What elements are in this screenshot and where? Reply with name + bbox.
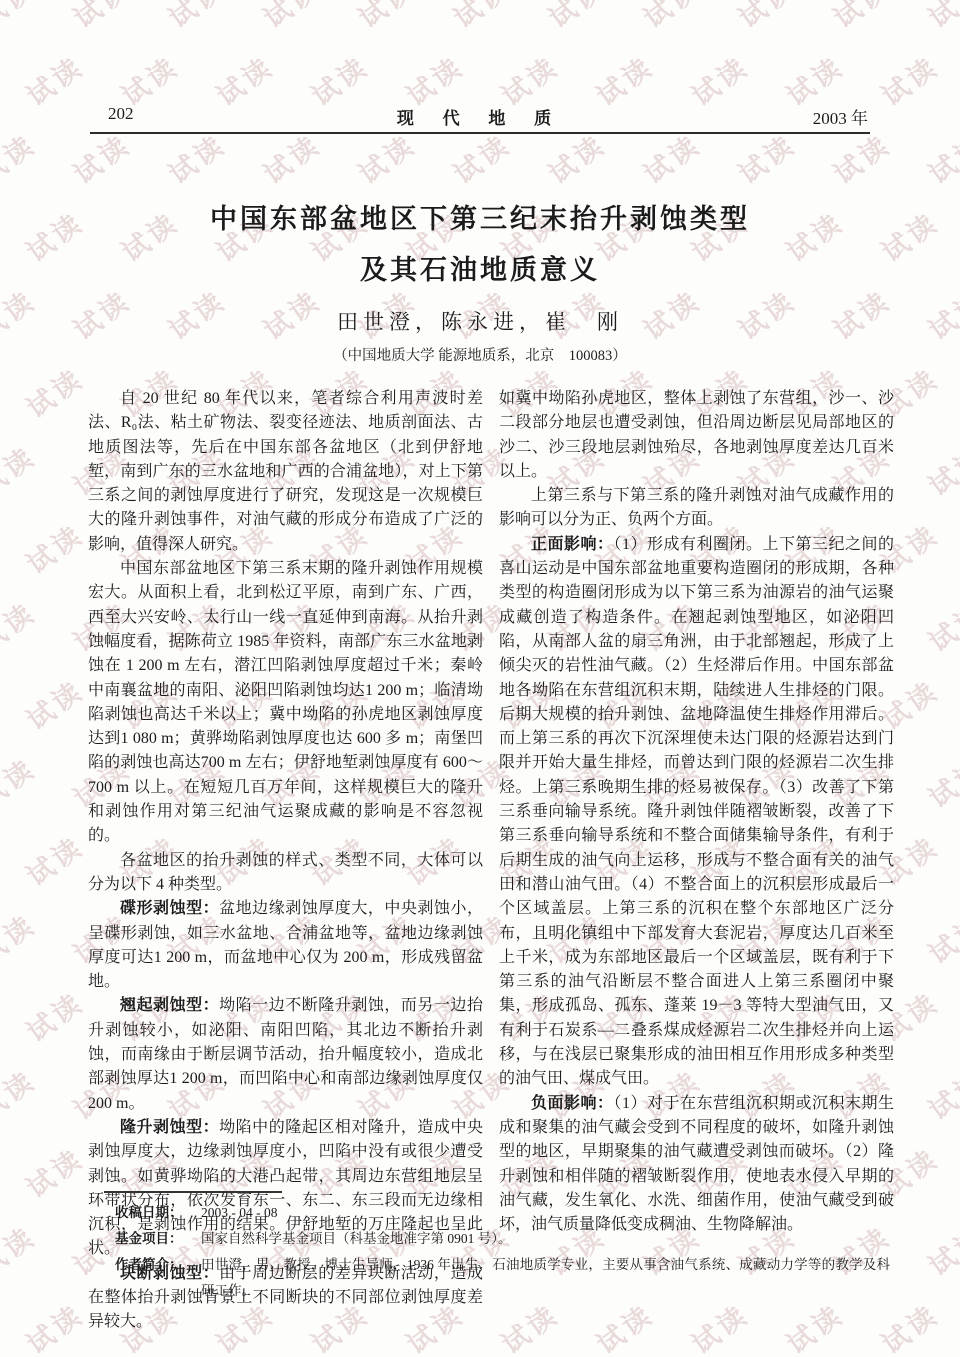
watermark-text: 试读 [17,826,90,894]
author-bio: 作者简介： 田世澄，男，教授，博士生导师，1936 年出生，石油地质学专业，主要… [115,1252,890,1304]
header-rule [90,132,870,134]
authors: 田世澄，陈永进，崔 刚 [0,306,960,336]
watermark-text: 试读 [729,0,802,35]
watermark-text: 试读 [349,0,422,35]
paragraph-text: 自 20 世纪 80 年代以来，笔者综合利用声波时差法、R₀法、粘土矿物法、裂变… [88,390,483,553]
affiliation: （中国地质大学 能源地质系，北京 100083） [0,344,960,365]
watermark-text: 试读 [919,748,960,816]
paragraph: 正面影响：（1）形成有利圈闭。上下第三纪之间的喜山运动是中国东部盆地重要构造圈闭… [499,533,894,1092]
watermark-text: 试读 [17,358,90,426]
paragraph-lead: 负面影响： [531,1095,614,1112]
watermark-text: 试读 [919,904,960,972]
watermark-text: 试读 [919,1216,960,1284]
watermark-text: 试读 [17,1138,90,1206]
journal-title: 现 代 地 质 [90,104,870,129]
paragraph: 翘起剥蚀型：坳陷一边不断隆升剥蚀，而另一边抬升剥蚀较小，如泌阳、南阳凹陷，其北边… [88,994,483,1115]
paragraph-text: 如冀中坳陷孙虎地区，整体上剥蚀了东营组，沙一、沙二段部分地层也遭受剥蚀，但沿周边… [499,390,894,480]
watermark-text: 试读 [0,904,43,972]
paragraph-text: 上第三系与下第三系的隆升剥蚀对油气成藏作用的影响可以分为正、负两个方面。 [499,487,894,528]
watermark-text: 试读 [824,0,897,35]
watermark-text: 试读 [0,124,43,192]
journal-year: 2003 年 [813,104,868,129]
author-bio-value: 田世澄，男，教授，博士生导师，1936 年出生，石油地质学专业，主要从事含油气系… [201,1257,890,1298]
watermark-text: 试读 [0,748,43,816]
watermark-text: 试读 [0,436,43,504]
author-bio-label: 作者简介： [115,1252,183,1278]
watermark-text: 试读 [17,514,90,582]
paragraph: 自 20 世纪 80 年代以来，笔者综合利用声波时差法、R₀法、粘土矿物法、裂变… [88,387,483,557]
paragraph-lead: 翘起剥蚀型： [120,997,219,1014]
paragraph-text: 坳陷一边不断隆升剥蚀，而另一边抬升剥蚀较小，如泌阳、南阳凹陷，其北边不断抬升剥蚀… [88,997,483,1111]
watermark-text: 试读 [254,0,327,35]
watermark-text: 试读 [17,46,90,114]
watermark-text: 试读 [0,1216,43,1284]
watermark-text: 试读 [539,0,612,35]
watermark-text: 试读 [444,0,517,35]
paragraph-lead: 碟形剥蚀型： [120,900,219,917]
footnote-rule [104,1191,282,1193]
paragraph-text: 中国东部盆地区下第三系末期的隆升剥蚀作用规模宏大。从面积上看，北到松辽平原，南到… [88,560,483,844]
paragraph: 各盆地区的抬升剥蚀的样式、类型不同，大体可以分为以下 4 种类型。 [88,849,483,898]
watermark-text: 试读 [919,592,960,660]
watermark-text: 试读 [64,0,137,35]
paper-title-line2: 及其石油地质意义 [0,245,960,296]
paragraph-lead: 正面影响： [531,536,614,553]
received-date-value: 2003 - 04 - 08 [201,1205,278,1220]
funding-project-value: 国家自然科学基金项目（科基金地准字第 0901 号）。 [201,1231,512,1246]
journal-page: 试读试读试读试读试读试读试读试读试读试读试读试读试读试读试读试读试读试读试读试读… [0,0,960,1357]
paragraph: 碟形剥蚀型：盆地边缘剥蚀厚度大，中央剥蚀小，呈碟形剥蚀，如三水盆地、合浦盆地等，… [88,897,483,994]
funding-project-label: 基金项目： [115,1226,183,1252]
watermark-text: 试读 [634,0,707,35]
footer-notes: 收稿日期： 2003 - 04 - 08 基金项目： 国家自然科学基金项目（科基… [115,1200,890,1304]
paragraph-lead: 隆升剥蚀型： [120,1119,219,1136]
paragraph: 如冀中坳陷孙虎地区，整体上剥蚀了东营组，沙一、沙二段部分地层也遭受剥蚀，但沿周边… [499,387,894,484]
paragraph: 上第三系与下第三系的隆升剥蚀对油气成藏作用的影响可以分为正、负两个方面。 [499,484,894,533]
paper-title: 中国东部盆地区下第三纪末抬升剥蚀类型 及其石油地质意义 [0,194,960,296]
right-column: 如冀中坳陷孙虎地区，整体上剥蚀了东营组，沙一、沙二段部分地层也遭受剥蚀，但沿周边… [499,387,894,1335]
watermark-text: 试读 [0,0,43,35]
watermark-text: 试读 [17,982,90,1050]
watermark-text: 试读 [0,1060,43,1128]
watermark-text: 试读 [17,670,90,738]
paragraph-text: 各盆地区的抬升剥蚀的样式、类型不同，大体可以分为以下 4 种类型。 [88,852,483,893]
page-header: 202 现 代 地 质 2003 年 [90,104,870,130]
paragraph: 中国东部盆地区下第三系末期的隆升剥蚀作用规模宏大。从面积上看，北到松辽平原，南到… [88,557,483,849]
watermark-text: 试读 [159,0,232,35]
watermark-text: 试读 [919,0,960,35]
watermark-text: 试读 [919,124,960,192]
received-date: 收稿日期： 2003 - 04 - 08 [115,1200,890,1226]
paragraph-text: （1）形成有利圈闭。上下第三纪之间的喜山运动是中国东部盆地重要构造圈闭的形成期，… [499,536,894,1088]
funding-project: 基金项目： 国家自然科学基金项目（科基金地准字第 0901 号）。 [115,1226,890,1252]
watermark-text: 试读 [919,1060,960,1128]
received-date-label: 收稿日期： [115,1200,183,1226]
watermark-text: 试读 [0,592,43,660]
paper-title-line1: 中国东部盆地区下第三纪末抬升剥蚀类型 [0,194,960,245]
watermark-text: 试读 [919,436,960,504]
watermark-text: 试读 [872,46,945,114]
watermark-text: 试读 [17,1294,90,1357]
